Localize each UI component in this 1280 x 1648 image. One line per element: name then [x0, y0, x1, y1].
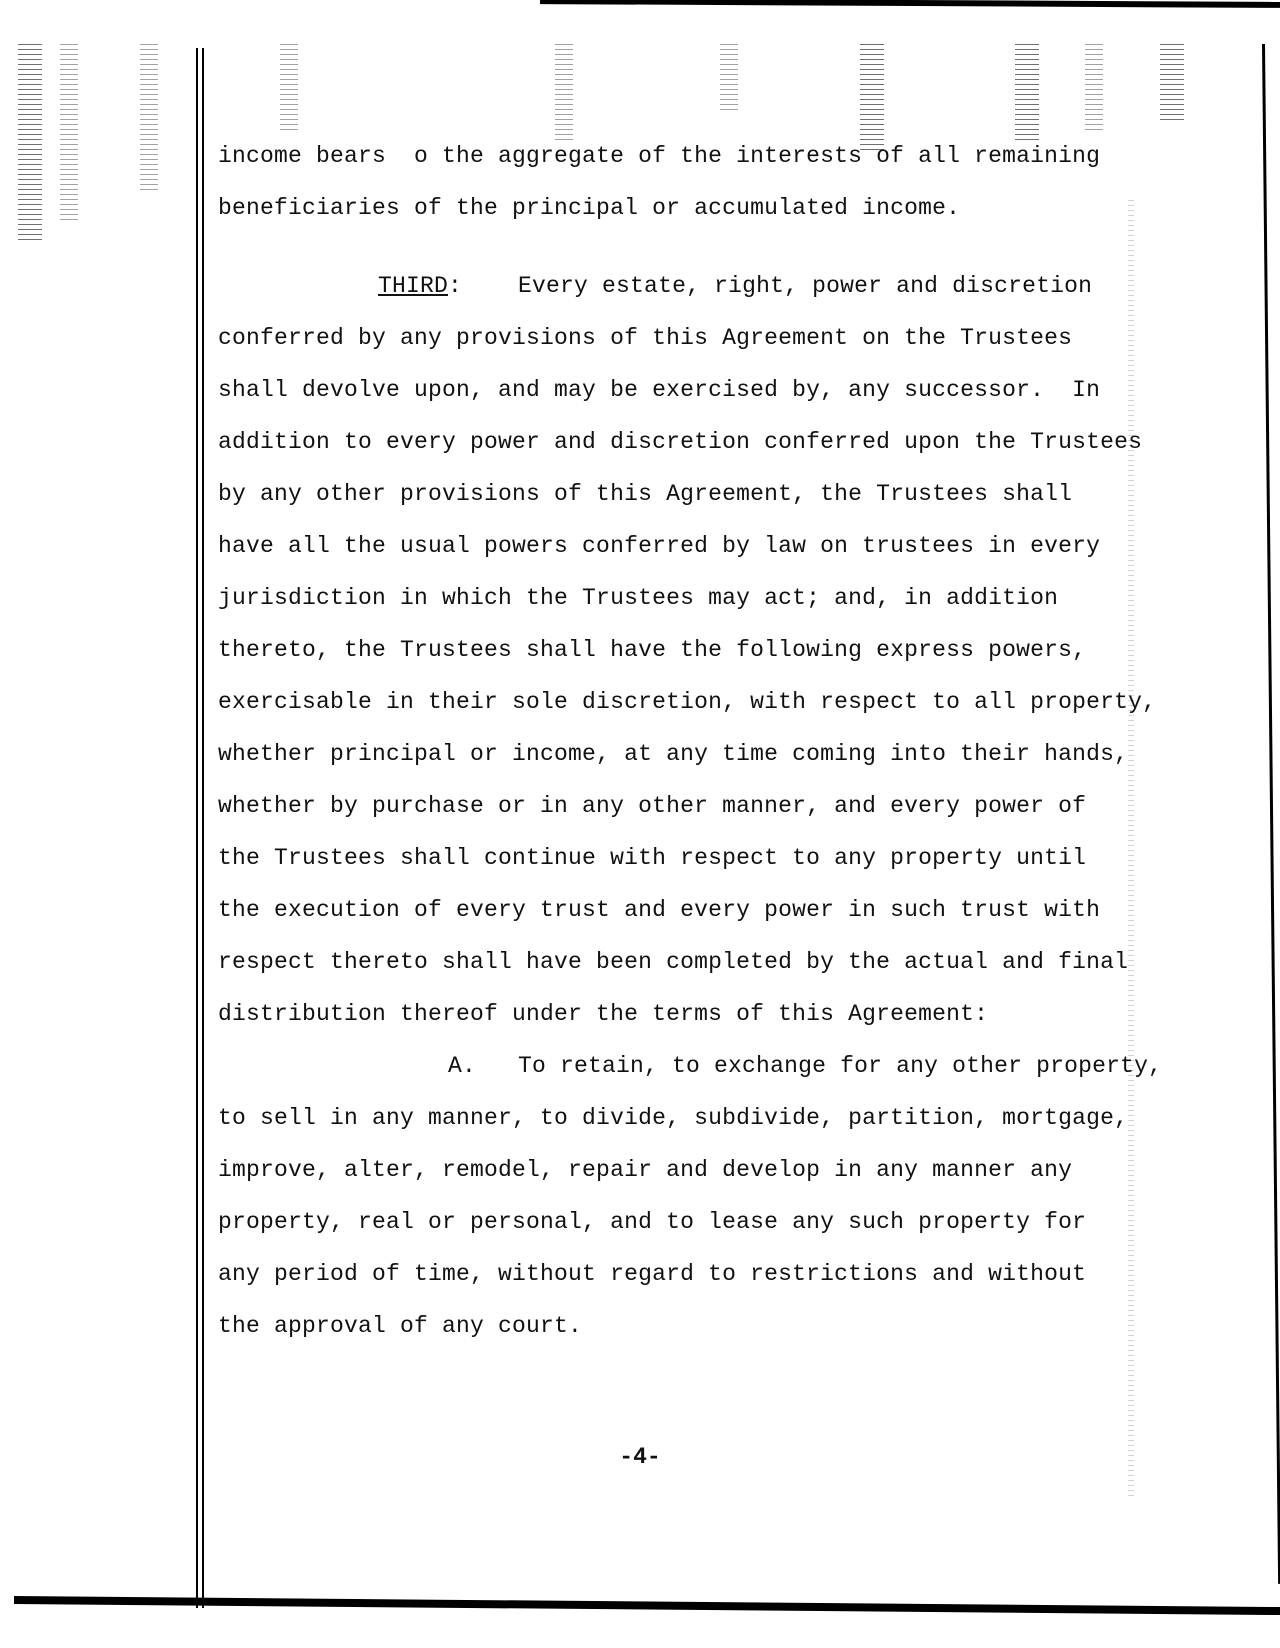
- clause-label: A.: [448, 1053, 476, 1079]
- clause-line: to sell in any manner, to divide, subdiv…: [218, 1092, 1238, 1144]
- clause-text: To retain, to exchange for any other pro…: [476, 1053, 1162, 1079]
- clause-line: improve, alter, remodel, repair and deve…: [218, 1144, 1238, 1196]
- article-line: jurisdiction in which the Trustees may a…: [218, 572, 1238, 624]
- scan-noise: [140, 44, 158, 194]
- article-line: the Trustees shall continue with respect…: [218, 832, 1238, 884]
- article-heading-suffix: :: [448, 273, 462, 299]
- article-line: whether by purchase or in any other mann…: [218, 780, 1238, 832]
- article-line: have all the usual powers conferred by l…: [218, 520, 1238, 572]
- page-number: -4-: [0, 1444, 1280, 1470]
- article-text: Every estate, right, power and discretio…: [462, 273, 1092, 299]
- article-line: shall devolve upon, and may be exercised…: [218, 364, 1238, 416]
- scan-noise: [555, 44, 573, 144]
- article-line: by any other provisions of this Agreemen…: [218, 468, 1238, 520]
- clause-line: property, real or personal, and to lease…: [218, 1196, 1238, 1248]
- scan-noise: [720, 44, 738, 114]
- scan-edge-bottom: [14, 1596, 1280, 1615]
- article-line: conferred by any provisions of this Agre…: [218, 312, 1238, 364]
- scan-edge-top: [540, 0, 1280, 8]
- article-heading: THIRD: [378, 273, 448, 299]
- carryover-line: beneficiaries of the principal or accumu…: [218, 182, 1238, 234]
- article-line: whether principal or income, at any time…: [218, 728, 1238, 780]
- article-third-first-line: THIRD: Every estate, right, power and di…: [218, 260, 1238, 312]
- article-line: exercisable in their sole discretion, wi…: [218, 676, 1238, 728]
- article-line: thereto, the Trustees shall have the fol…: [218, 624, 1238, 676]
- clause-a-first-line: A. To retain, to exchange for any other …: [218, 1040, 1238, 1092]
- scan-noise: [280, 44, 298, 134]
- article-line: the execution of every trust and every p…: [218, 884, 1238, 936]
- scan-noise: [60, 44, 78, 224]
- scan-noise: [1085, 44, 1103, 134]
- document-page: income bears o the aggregate of the inte…: [218, 130, 1238, 1352]
- scan-noise: [1160, 44, 1184, 124]
- article-line: respect thereto shall have been complete…: [218, 936, 1238, 988]
- scan-border-left: [196, 48, 198, 1608]
- scan-noise: [18, 44, 42, 244]
- clause-line: the approval of any court.: [218, 1300, 1238, 1352]
- article-line: distribution thereof under the terms of …: [218, 988, 1238, 1040]
- scan-noise: [1015, 44, 1039, 144]
- carryover-line: income bears o the aggregate of the inte…: [218, 130, 1238, 182]
- article-line: addition to every power and discretion c…: [218, 416, 1238, 468]
- clause-line: any period of time, without regard to re…: [218, 1248, 1238, 1300]
- scan-border-right: [1262, 44, 1280, 1584]
- scan-border-left-inner: [202, 48, 204, 1608]
